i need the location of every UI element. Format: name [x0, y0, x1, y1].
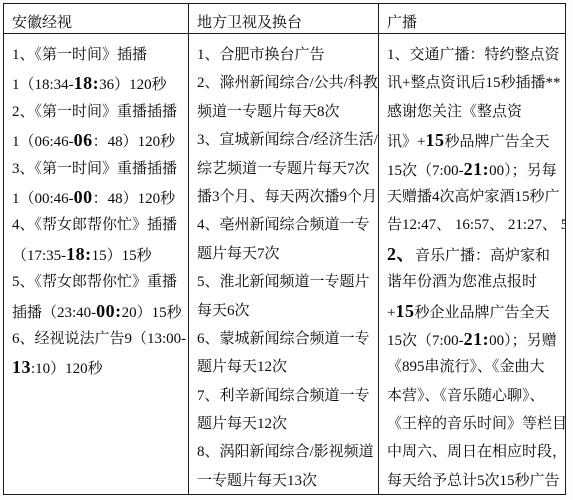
cell-line: 谐年份酒为您准点报时 [387, 268, 563, 296]
cell-line: 1（18:34-18:36）120秒 [12, 69, 186, 97]
text-segment: 题片每天12次 [197, 416, 287, 432]
cell-line: 4、《帮女郎帮你忙》插播 [12, 211, 186, 239]
text-segment: 谐年份酒为您准点报时 [387, 274, 537, 290]
cell-line: 4、亳州新闻综合频道一专 [197, 211, 376, 239]
text-segment: 本营》、《音乐随心聊》、 [387, 388, 545, 404]
text-segment: 4、《帮女郎帮你忙》插播 [12, 217, 177, 233]
cell-line: 15次（7:00-21:00）；另赠 [387, 325, 563, 353]
cell-line: 1、交通广播：特约整点资 [387, 41, 563, 69]
column-radio: 广播 1、交通广播：特约整点资讯+整点资讯后15秒插播**感谢您关注《整点资讯》… [378, 4, 565, 494]
emphasized-text: 00 [74, 187, 93, 207]
text-segment: 综艺频道一专题片每天7次 [197, 161, 370, 177]
emphasized-text: 18: [74, 73, 100, 93]
text-segment: 《王梓的音乐时间》等栏目 [387, 416, 565, 432]
text-segment: 告12:47、 16:57、 21:27、 5:27 [387, 217, 565, 233]
column-header-anhui-tv: 安徽经视 [4, 4, 188, 34]
emphasized-text: 00: [96, 301, 122, 321]
text-segment: 5、《帮女郎帮你忙》重播 [12, 274, 177, 290]
emphasized-text: 18: [66, 244, 92, 264]
cell-line: 13:10）120秒 [12, 353, 186, 381]
text-segment: 15次（7:00- [387, 333, 464, 349]
cell-line: 6、经视说法广告9（13:00- [12, 325, 186, 353]
text-segment: 1（18:34- [12, 77, 74, 93]
text-segment: 一专题片每天13次 [197, 473, 317, 489]
column-anhui-tv: 安徽经视 1、《第一时间》插播1（18:34-18:36）120秒2、《第一时间… [4, 4, 188, 494]
text-segment: 讯》+ [387, 134, 425, 150]
text-segment: ：48）120秒 [93, 191, 176, 207]
text-segment: 15次（7:00- [387, 163, 464, 179]
text-segment: 1、合肥市换台广告 [197, 47, 325, 63]
cell-line: （17:35-18:15）15秒 [12, 240, 186, 268]
text-segment: 讯+整点资讯后15秒插播** [387, 75, 560, 91]
cell-line: 1、合肥市换台广告 [197, 41, 376, 69]
text-segment: 00）；另赠 [489, 333, 557, 349]
text-segment: 4、亳州新闻综合频道一专 [197, 217, 370, 233]
cell-line: 《王梓的音乐时间》等栏目 [387, 410, 563, 438]
emphasized-text: 21: [464, 329, 490, 349]
cell-line: 本营》、《音乐随心聊》、 [387, 382, 563, 410]
text-segment: 3、《第一时间》重播插播 [12, 161, 177, 177]
column-local-tv: 地方卫视及换台 1、合肥市换台广告2、滁州新闻综合/公共/科教频道一专题片每天8… [188, 4, 378, 494]
emphasized-text: 15 [395, 301, 414, 321]
cell-line: 3、《第一时间》重播插播 [12, 155, 186, 183]
text-segment: 2、滁州新闻综合/公共/科教 [197, 75, 378, 91]
cell-line: 每天6次 [197, 297, 376, 325]
text-segment: ：48）120秒 [93, 134, 176, 150]
text-segment: 7、利辛新闻综合频道一专 [197, 388, 370, 404]
text-segment: :10）120秒 [31, 361, 103, 377]
cell-line: 1（06:46-06：48）120秒 [12, 126, 186, 154]
cell-line: 2、滁州新闻综合/公共/科教 [197, 69, 376, 97]
cell-line: 题片每天7次 [197, 240, 376, 268]
cell-line: 题片每天12次 [197, 353, 376, 381]
text-segment: 3、宣城新闻综合/经济生活/ [197, 132, 378, 148]
text-segment: 1（06:46- [12, 134, 74, 150]
cell-line: 《895串流行》、《金曲大 [387, 353, 563, 381]
text-segment: 每天给予总计5次15秒广告 [387, 473, 560, 489]
emphasized-text: 15 [425, 130, 444, 150]
column-body-local-tv: 1、合肥市换台广告2、滁州新闻综合/公共/科教频道一专题片每天8次3、宣城新闻综… [189, 34, 378, 494]
text-segment: 1（00:46- [12, 191, 74, 207]
cell-line: 15次（7:00-21:00）；另每 [387, 155, 563, 183]
cell-line: 讯+整点资讯后15秒插播** [387, 69, 563, 97]
cell-line: 中周六、周日在相应时段， [387, 438, 563, 466]
cell-line: 2、音乐广播：高炉家和 [387, 240, 563, 268]
text-segment: 6、经视说法广告9（13:00- [12, 331, 186, 347]
cell-line: 每天给予总计5次15秒广告 [387, 467, 563, 494]
cell-line: 3、宣城新闻综合/经济生活/ [197, 126, 376, 154]
text-segment: 00）；另每 [489, 163, 557, 179]
text-segment: 音乐广播：高炉家和 [415, 248, 550, 264]
emphasized-text: 13 [12, 357, 31, 377]
cell-line: 题片每天12次 [197, 410, 376, 438]
text-segment: 2、《第一时间》重播插播 [12, 104, 177, 120]
text-segment: 5、淮北新闻频道一专题片 [197, 274, 370, 290]
text-segment: 中周六、周日在相应时段， [387, 444, 565, 460]
text-segment: 插播（23:40- [12, 305, 96, 321]
cell-line: 1（00:46-00：48）120秒 [12, 183, 186, 211]
cell-line: 综艺频道一专题片每天7次 [197, 155, 376, 183]
schedule-table: 安徽经视 1、《第一时间》插播1（18:34-18:36）120秒2、《第一时间… [3, 3, 566, 495]
column-header-radio: 广播 [379, 4, 565, 34]
text-segment: 天赠播4次高炉家酒15秒广 [387, 189, 560, 205]
cell-line: 5、《帮女郎帮你忙》重播 [12, 268, 186, 296]
cell-line: 5、淮北新闻频道一专题片 [197, 268, 376, 296]
emphasized-text: 06 [74, 130, 93, 150]
emphasized-text: 21: [464, 159, 490, 179]
cell-line: 一专题片每天13次 [197, 467, 376, 494]
cell-line: 频道一专题片每天8次 [197, 98, 376, 126]
cell-line: 告12:47、 16:57、 21:27、 5:27 [387, 211, 563, 239]
text-segment: 感谢您关注《整点资 [387, 104, 522, 120]
text-segment: 15）15秒 [92, 248, 152, 264]
cell-line: 6、蒙城新闻综合频道一专 [197, 325, 376, 353]
cell-line: 插播（23:40-00:20）15秒 [12, 297, 186, 325]
cell-line: +15秒企业品牌广告全天 [387, 297, 563, 325]
cell-line: 7、利辛新闻综合频道一专 [197, 382, 376, 410]
text-segment: 6、蒙城新闻综合频道一专 [197, 331, 370, 347]
cell-line: 2、《第一时间》重播插播 [12, 98, 186, 126]
column-body-radio: 1、交通广播：特约整点资讯+整点资讯后15秒插播**感谢您关注《整点资讯》+15… [379, 34, 565, 494]
text-segment: 8、涡阳新闻综合/影视频道 [197, 444, 374, 460]
emphasized-text: 2、 [387, 244, 415, 264]
text-segment: 每天6次 [197, 303, 250, 319]
text-segment: （17:35- [12, 248, 66, 264]
cell-line: 8、涡阳新闻综合/影视频道 [197, 438, 376, 466]
column-body-anhui-tv: 1、《第一时间》插播1（18:34-18:36）120秒2、《第一时间》重播插播… [4, 34, 188, 382]
text-segment: 1、交通广播：特约整点资 [387, 47, 560, 63]
cell-line: 天赠播4次高炉家酒15秒广 [387, 183, 563, 211]
cell-line: 播3个月、每天两次播9个月 [197, 183, 376, 211]
cell-line: 感谢您关注《整点资 [387, 98, 563, 126]
column-header-local-tv: 地方卫视及换台 [189, 4, 378, 34]
text-segment: 秒品牌广告全天 [444, 134, 549, 150]
text-segment: 1、《第一时间》插播 [12, 47, 147, 63]
text-segment: 播3个月、每天两次播9个月 [197, 189, 377, 205]
text-segment: 题片每天7次 [197, 246, 280, 262]
text-segment: 频道一专题片每天8次 [197, 104, 340, 120]
text-segment: 36）120秒 [99, 77, 167, 93]
text-segment: 题片每天12次 [197, 359, 287, 375]
cell-line: 讯》+15秒品牌广告全天 [387, 126, 563, 154]
text-segment: 秒企业品牌广告全天 [414, 305, 549, 321]
text-segment: 《895串流行》、《金曲大 [387, 359, 545, 375]
text-segment: 20）15秒 [122, 305, 182, 321]
cell-line: 1、《第一时间》插播 [12, 41, 186, 69]
